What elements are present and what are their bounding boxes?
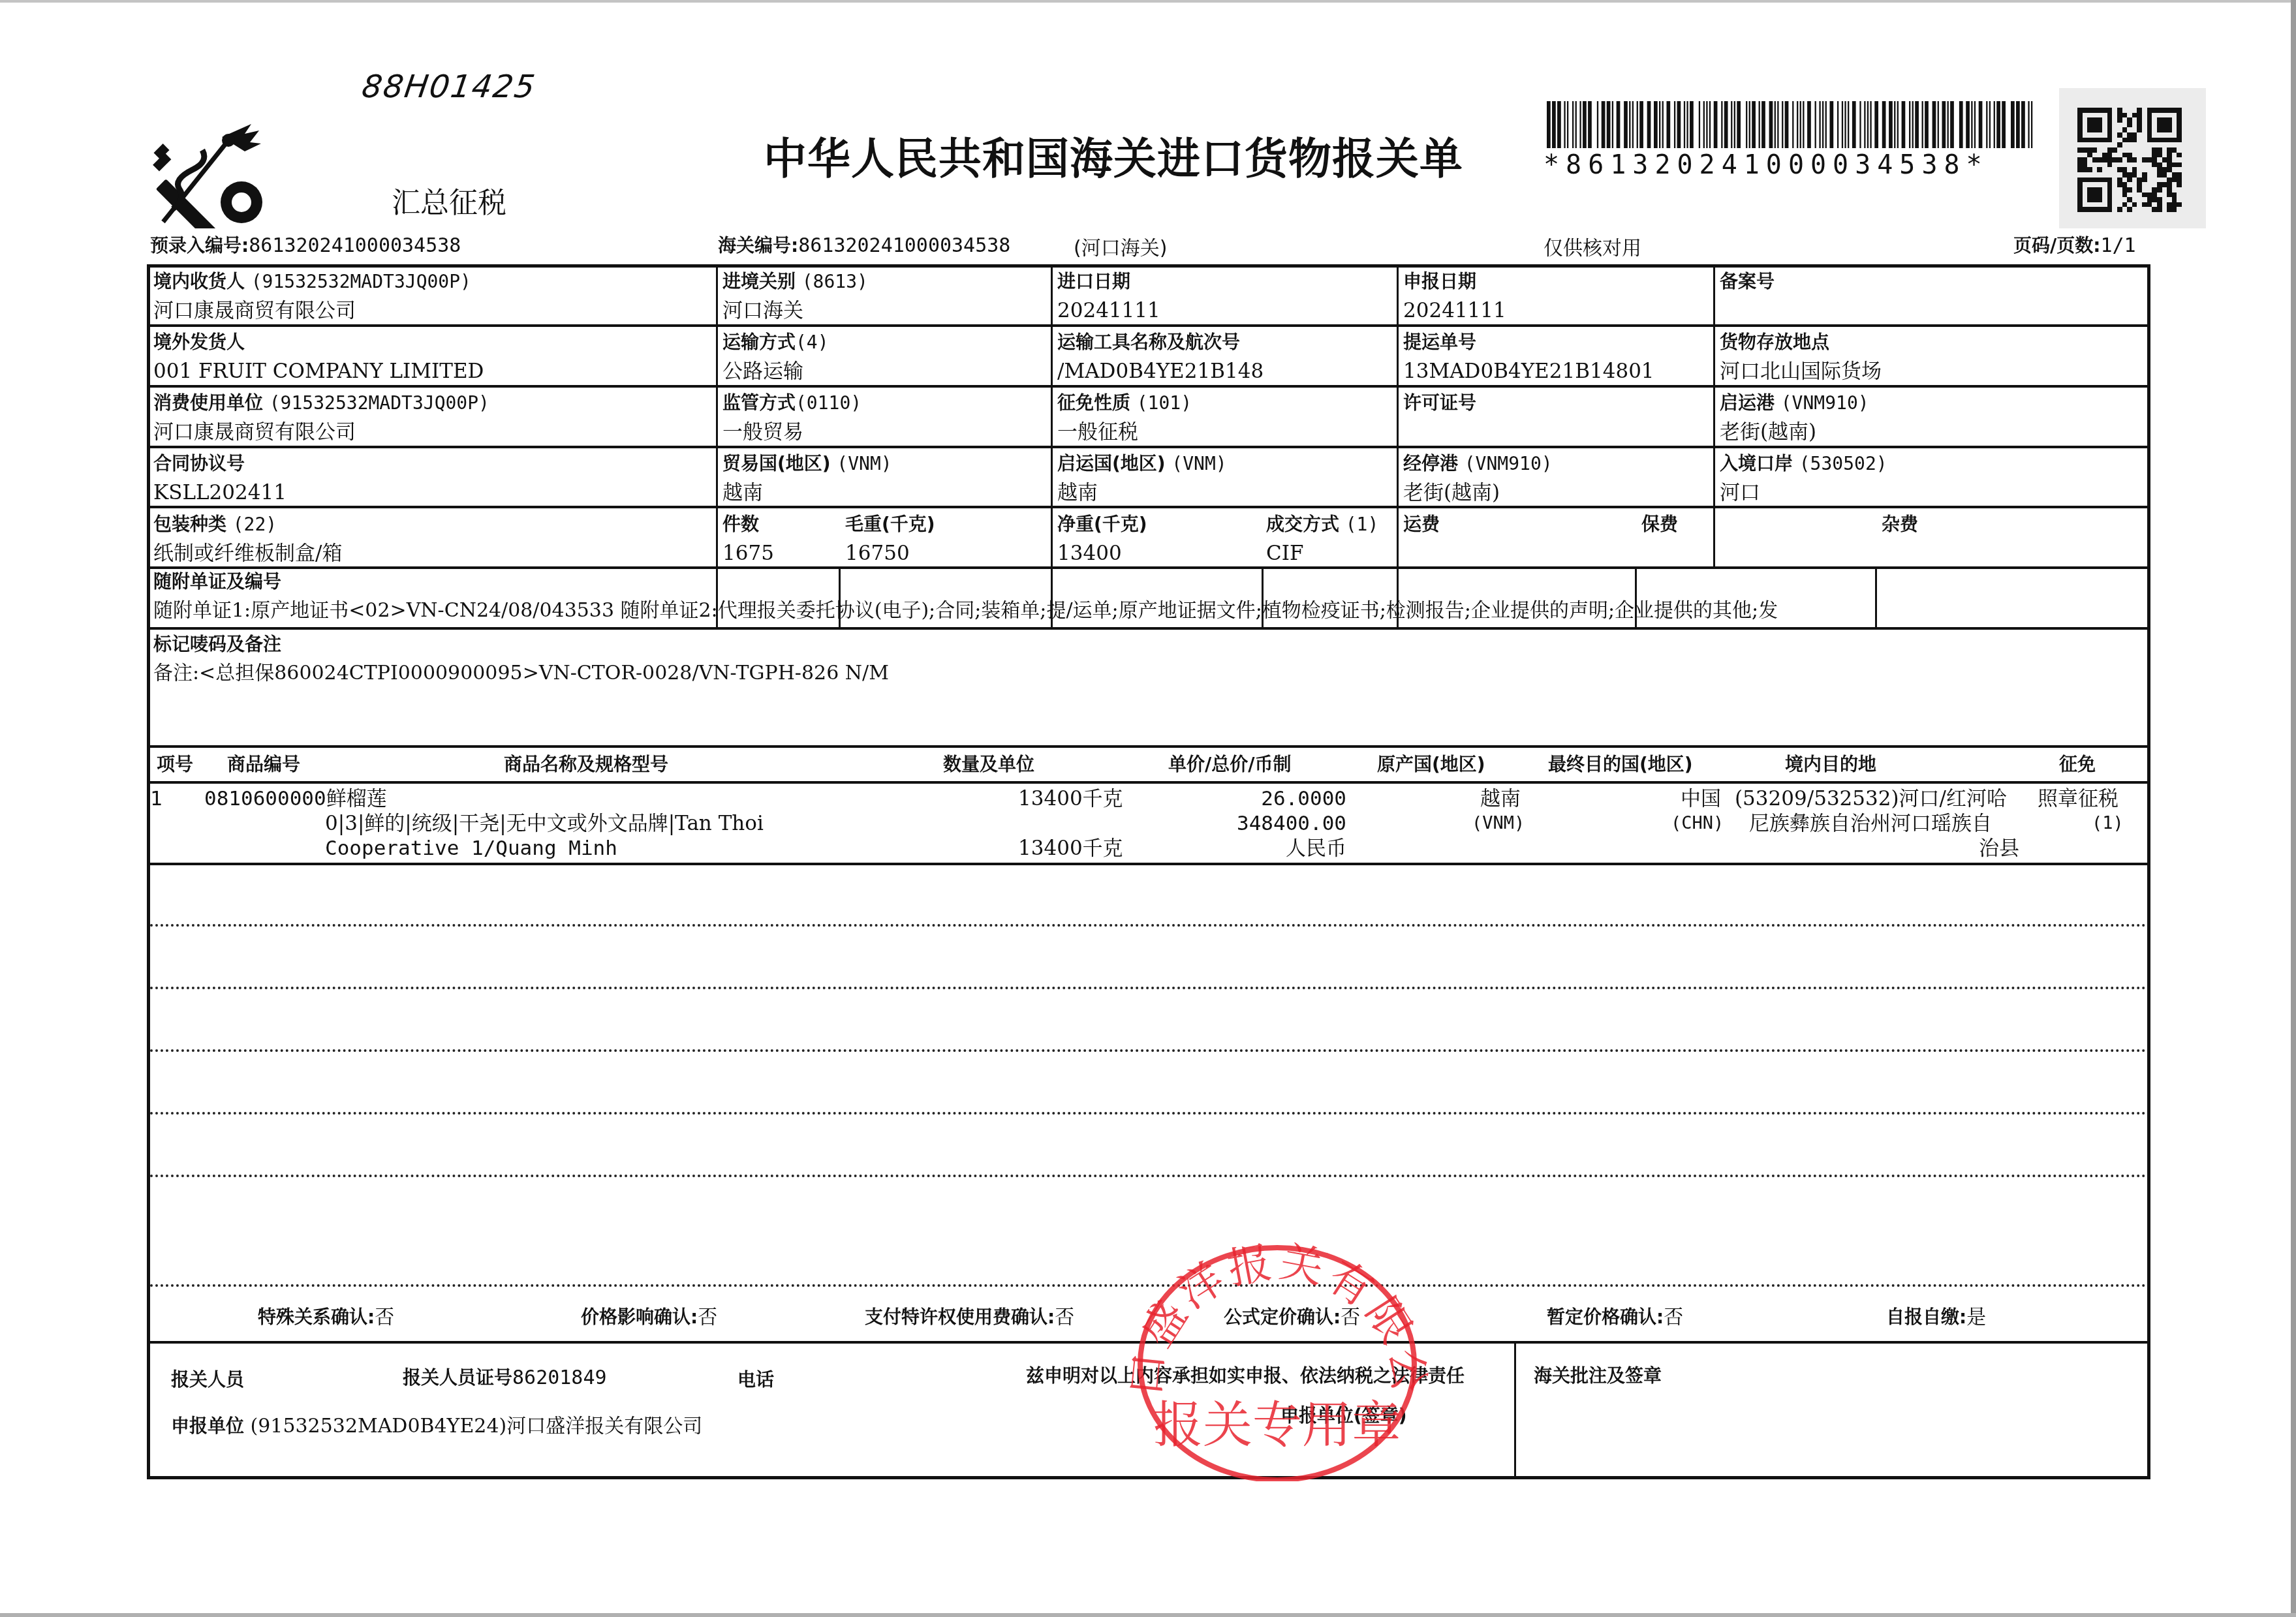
phone-label: 电话 bbox=[737, 1366, 774, 1392]
field-departure-country: 启运国(地区) (VNM) 越南 bbox=[1057, 450, 1227, 507]
field-gross-weight: 毛重(千克) 16750 bbox=[845, 510, 935, 568]
item-spec-line1: 0|3|鲜的|统级|干尧|无中文或外文品牌|Tan Thoi bbox=[325, 811, 764, 836]
field-insurance: 保费 bbox=[1641, 510, 1678, 539]
confirm-formula-pricing: 公式定价确认:否 bbox=[1224, 1301, 1360, 1329]
col-divider bbox=[1713, 264, 1715, 566]
item-unit-price: 26.0000 bbox=[1261, 786, 1346, 811]
field-deal-mode: 成交方式 (1) CIF bbox=[1266, 510, 1378, 568]
item-origin: 越南 bbox=[1480, 786, 1521, 811]
field-misc-fees: 杂费 bbox=[1882, 510, 1918, 539]
row-divider bbox=[147, 781, 2150, 784]
declaration-statement: 兹申明对以上内容承担如实申报、依法纳税之法律责任 bbox=[1026, 1362, 1465, 1388]
page-edge bbox=[0, 1613, 2296, 1617]
field-attached-documents: 随附单证及编号 随附单证1:原产地证书<02>VN-CN24/08/043533… bbox=[153, 568, 1778, 625]
confirm-provisional-price: 暂定价格确认:否 bbox=[1547, 1301, 1683, 1329]
item-hs-name: 0810600000鲜榴莲 bbox=[204, 786, 387, 811]
item-final-dest-code: (CHN) bbox=[1671, 811, 1724, 836]
item-no: 1 bbox=[150, 786, 163, 811]
page-edge bbox=[2291, 0, 2296, 1617]
item-final-dest: 中国 bbox=[1681, 786, 1721, 811]
verify-only-note: 仅供核对用 bbox=[1544, 232, 1641, 260]
document-title: 中华人民共和国海关进口货物报关单 bbox=[764, 124, 1463, 186]
col-divider bbox=[1514, 1341, 1516, 1479]
pre-entry-number: 预录入编号:861320241000034538 bbox=[150, 232, 461, 258]
qr-code-icon bbox=[2077, 108, 2182, 212]
customs-no-value: 861320241000034538 bbox=[798, 234, 1010, 257]
confirm-royalty: 支付特许权使用费确认:否 bbox=[865, 1301, 1074, 1329]
dotted-divider bbox=[150, 1284, 2147, 1287]
item-domestic-dest-2: 尼族彝族自治州河口瑶族自 bbox=[1749, 811, 1992, 836]
field-trade-country: 贸易国(地区) (VNM) 越南 bbox=[722, 450, 892, 507]
field-declare-date: 申报日期 20241111 bbox=[1403, 268, 1506, 325]
col-header-final-dest: 最终目的国(地区) bbox=[1548, 750, 1693, 777]
row-divider bbox=[147, 627, 2150, 630]
pre-entry-label: 预录入编号: bbox=[150, 235, 249, 256]
col-header-origin: 原产国(地区) bbox=[1377, 750, 1485, 777]
col-header-name-spec: 商品名称及规格型号 bbox=[504, 750, 668, 777]
field-consumer-unit: 消费使用单位 (91532532MADT3JQ00P) 河口康晟商贸有限公司 bbox=[153, 389, 489, 446]
row-divider bbox=[147, 745, 2150, 748]
item-domestic-dest-1: (53209/532532)河口/红河哈 bbox=[1735, 786, 2007, 811]
item-domestic-dest-3: 治县 bbox=[1979, 836, 2019, 861]
field-net-weight: 净重(千克) 13400 bbox=[1057, 510, 1147, 568]
customs-emblem-icon bbox=[147, 111, 271, 228]
col-divider bbox=[1875, 566, 1877, 627]
field-transport-mode: 运输方式(4) 公路运输 bbox=[722, 328, 829, 386]
declarant-signature-label: 申报单位(签章) bbox=[1280, 1402, 1407, 1428]
summary-tax-label: 汇总征税 bbox=[392, 179, 506, 221]
field-stop-port: 经停港 (VNM910) 老街(越南) bbox=[1403, 450, 1553, 507]
customs-no-label: 海关编号: bbox=[718, 235, 798, 256]
col-header-qty-unit: 数量及单位 bbox=[943, 750, 1034, 777]
broker-label: 报关人员 bbox=[171, 1366, 244, 1392]
col-header-domestic-dest: 境内目的地 bbox=[1785, 750, 1876, 777]
row-divider bbox=[147, 863, 2150, 865]
field-conveyance: 运输工具名称及航次号 /MAD0B4YE21B148 bbox=[1057, 328, 1264, 386]
page-label: 页码/页数: bbox=[2013, 235, 2100, 256]
field-entry-customs: 进境关别 (8613) 河口海关 bbox=[722, 268, 868, 325]
field-bill-no: 提运单号 13MAD0B4YE21B14801 bbox=[1403, 328, 1654, 386]
barcode-number: *861320241000034538* bbox=[1544, 150, 1989, 180]
customs-office: (河口海关) bbox=[1074, 232, 1167, 260]
confirm-special-relation: 特殊关系确认:否 bbox=[258, 1301, 394, 1329]
field-contract-no: 合同协议号 KSLL202411 bbox=[153, 450, 287, 507]
col-divider bbox=[716, 264, 718, 566]
item-levy-code: (1) bbox=[2092, 811, 2124, 836]
dotted-divider bbox=[150, 924, 2147, 927]
item-qty1: 13400千克 bbox=[1018, 786, 1123, 811]
page-value: 1/1 bbox=[2100, 234, 2135, 257]
dotted-divider bbox=[150, 1049, 2147, 1052]
col-header-price: 单价/总价/币制 bbox=[1168, 750, 1291, 777]
customs-number: 海关编号:861320241000034538 bbox=[718, 232, 1010, 258]
item-currency: 人民币 bbox=[1286, 836, 1346, 861]
field-overseas-shipper: 境外发货人 001 FRUIT COMPANY LIMITED bbox=[153, 328, 484, 386]
field-marks-remarks: 标记唛码及备注 备注:<总担保860024CTPI0000900095>VN-C… bbox=[153, 630, 889, 688]
dotted-divider bbox=[150, 987, 2147, 989]
field-entry-port: 入境口岸 (530502) 河口 bbox=[1720, 450, 1887, 507]
field-record-no: 备案号 bbox=[1720, 268, 1775, 296]
col-divider bbox=[1051, 264, 1053, 566]
confirm-self-declare: 自报自缴:是 bbox=[1886, 1301, 1986, 1329]
row-divider bbox=[147, 1341, 2150, 1344]
page-indicator: 页码/页数:1/1 bbox=[2013, 232, 2136, 258]
barcode-icon bbox=[1547, 101, 2036, 148]
field-freight: 运费 bbox=[1403, 510, 1440, 539]
field-domestic-consignee: 境内收货人 (91532532MADT3JQ00P) 河口康晟商贸有限公司 bbox=[153, 268, 471, 325]
handwritten-note: 88H01425 bbox=[360, 69, 538, 105]
item-qty2: 13400千克 bbox=[1018, 836, 1123, 861]
dotted-divider bbox=[150, 1175, 2147, 1177]
pre-entry-value: 861320241000034538 bbox=[249, 234, 461, 257]
dotted-divider bbox=[150, 1112, 2147, 1115]
field-license-no: 许可证号 bbox=[1403, 389, 1476, 418]
confirm-price-influence: 价格影响确认:否 bbox=[581, 1301, 717, 1329]
item-levy: 照章征税 bbox=[2038, 786, 2118, 811]
item-origin-code: (VNM) bbox=[1472, 811, 1525, 836]
col-header-hs-code: 商品编号 bbox=[227, 750, 300, 777]
col-divider bbox=[1397, 264, 1399, 566]
declarant-unit: 申报单位 (91532532MAD0B4YE24)河口盛洋报关有限公司 bbox=[171, 1409, 702, 1438]
field-storage-location: 货物存放地点 河口北山国际货场 bbox=[1720, 328, 1882, 386]
field-package-type: 包装种类 (22) 纸制或纤维板制盒/箱 bbox=[153, 510, 342, 568]
item-spec-line2: Cooperative 1/Quang Minh bbox=[325, 836, 617, 861]
broker-id: 报关人员证号86201849 bbox=[403, 1364, 607, 1390]
page-edge bbox=[0, 0, 2296, 3]
field-supervision-mode: 监管方式(0110) 一般贸易 bbox=[722, 389, 861, 446]
field-levy-nature: 征免性质 (101) 一般征税 bbox=[1057, 389, 1192, 446]
col-header-item-no: 项号 bbox=[157, 750, 193, 777]
field-import-date: 进口日期 20241111 bbox=[1057, 268, 1160, 325]
col-header-levy: 征免 bbox=[2059, 750, 2096, 777]
field-pieces: 件数 1675 bbox=[722, 510, 774, 568]
field-departure-port: 启运港 (VNM910) 老街(越南) bbox=[1720, 389, 1869, 446]
customs-approval-label: 海关批注及签章 bbox=[1534, 1362, 1662, 1388]
item-total-price: 348400.00 bbox=[1237, 811, 1346, 836]
